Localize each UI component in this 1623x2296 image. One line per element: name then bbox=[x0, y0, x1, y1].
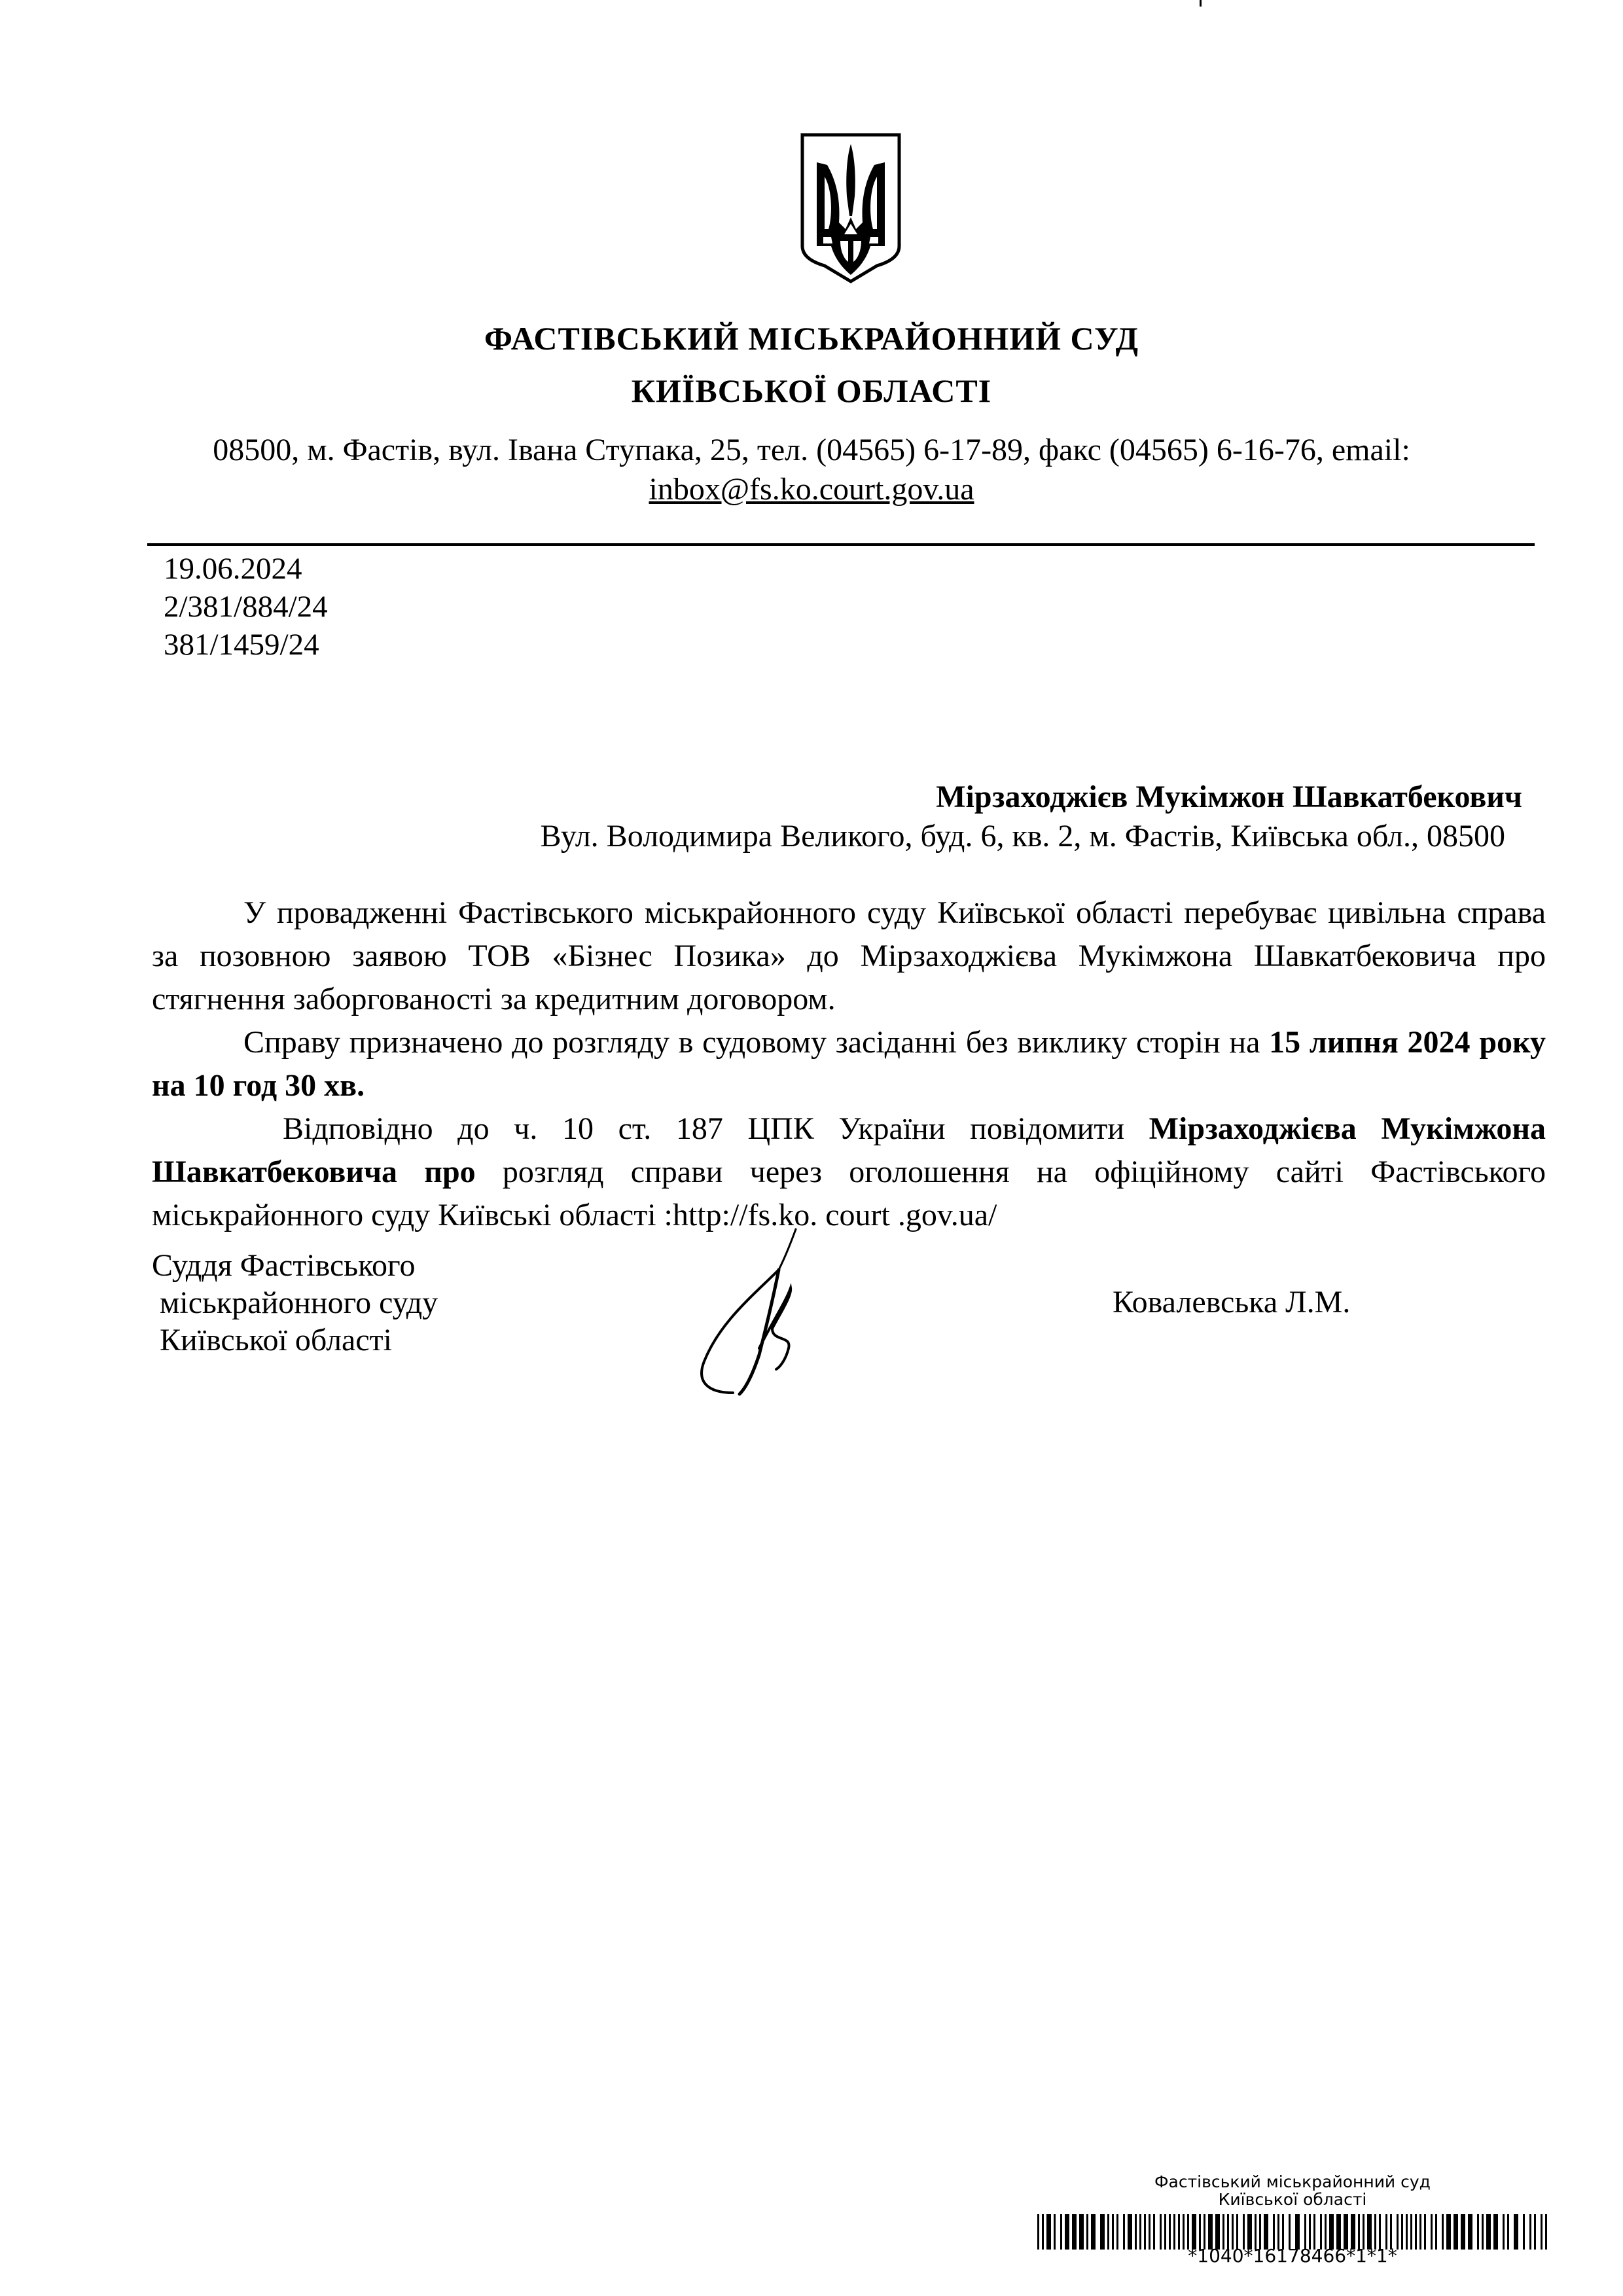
header-divider bbox=[147, 543, 1535, 546]
court-name-title: ФАСТІВСЬКИЙ МІСЬКРАЙОННИЙ СУД bbox=[0, 319, 1623, 357]
barcode-icon bbox=[1037, 2214, 1548, 2250]
handwritten-signature-icon bbox=[681, 1224, 838, 1401]
barcode-number: *1040*16178466*1*1* bbox=[1034, 2245, 1551, 2267]
outgoing-number: 2/381/884/24 bbox=[164, 588, 328, 626]
court-region-title: КИЇВСЬКОЇ ОБЛАСТІ bbox=[0, 372, 1623, 410]
court-email-link[interactable]: inbox@fs.ko.court.gov.ua bbox=[649, 472, 974, 507]
paragraph-case-info: У провадженні Фастівського міськрайонног… bbox=[152, 891, 1546, 1021]
paragraph-notice: Відповідно до ч. 10 ст. 187 ЦПК України … bbox=[152, 1107, 1546, 1237]
document-date: 19.06.2024 bbox=[164, 550, 328, 588]
court-contacts: 08500, м. Фастів, вул. Івана Ступака, 25… bbox=[0, 431, 1623, 470]
scan-mark bbox=[1200, 0, 1202, 7]
recipient-address: Вул. Володимира Великого, буд. 6, кв. 2,… bbox=[540, 818, 1505, 854]
court-email-line: inbox@fs.ko.court.gov.ua bbox=[0, 470, 1623, 509]
letter-body: У провадженні Фастівського міськрайонног… bbox=[152, 891, 1546, 1237]
case-number: 381/1459/24 bbox=[164, 626, 328, 664]
judge-title: Суддя Фастівського міськрайонного суду К… bbox=[152, 1247, 438, 1359]
document-references: 19.06.2024 2/381/884/24 381/1459/24 bbox=[164, 550, 328, 664]
recipient-name: Мірзаходжієв Мукімжон Шавкатбекович bbox=[936, 779, 1522, 815]
coat-of-arms-icon bbox=[798, 131, 903, 285]
paragraph-hearing: Справу призначено до розгляду в судовому… bbox=[152, 1021, 1546, 1107]
judge-name: Ковалевська Л.М. bbox=[1113, 1284, 1350, 1320]
registry-stamp: Фастівський міськрайонний суд Київської … bbox=[1034, 2173, 1551, 2208]
